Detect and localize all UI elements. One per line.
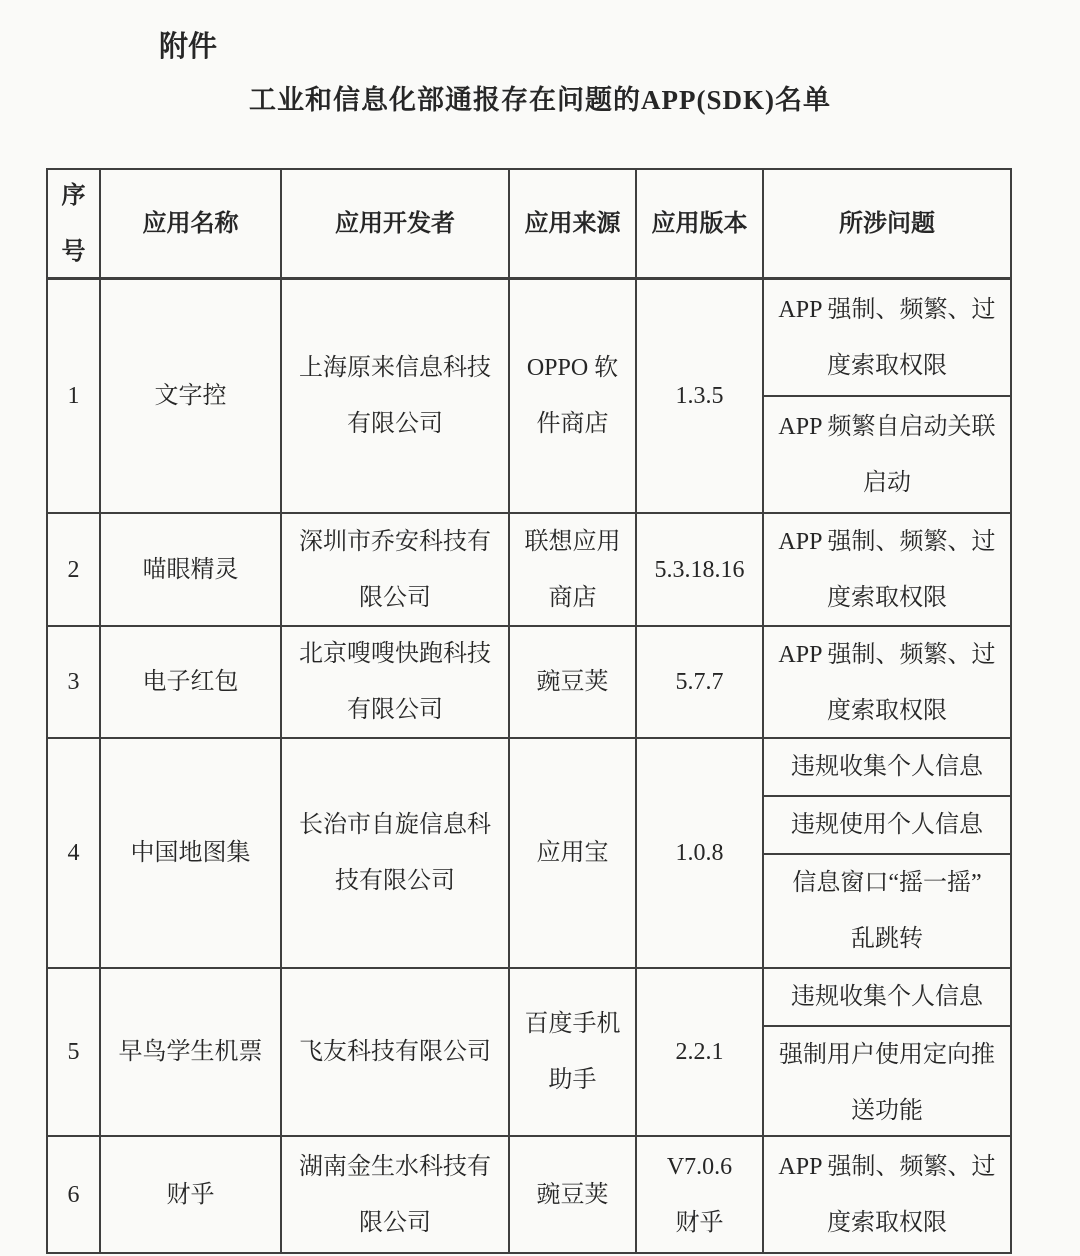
page-title: 工业和信息化部通报存在问题的APP(SDK)名单 (0, 78, 1080, 117)
issues-cell: APP 强制、频繁、过 度索取权限 (764, 1137, 1010, 1252)
version-cell: V7.0.6 财乎 (637, 1137, 764, 1252)
developer-cell: 北京嗖嗖快跑科技 有限公司 (282, 627, 510, 737)
seq-cell: 5 (48, 969, 101, 1135)
issue-item: 强制用户使用定向推 送功能 (764, 1025, 1010, 1139)
developer-cell: 上海原来信息科技 有限公司 (282, 280, 510, 512)
table-row: 6 财乎 湖南金生水科技有 限公司 豌豆荚 V7.0.6 财乎 APP 强制、频… (48, 1137, 1010, 1252)
header-cell-app-name: 应用名称 (101, 170, 282, 277)
attachment-label: 附件 (159, 24, 217, 65)
table-row: 1 文字控 上海原来信息科技 有限公司 OPPO 软 件商店 1.3.5 APP… (48, 280, 1010, 514)
app-name-cell: 电子红包 (101, 627, 282, 737)
seq-cell: 2 (48, 514, 101, 625)
source-cell: 百度手机 助手 (510, 969, 637, 1135)
issues-cell: APP 强制、频繁、过 度索取权限 (764, 514, 1010, 625)
version-cell: 5.7.7 (637, 627, 764, 737)
issues-cell: APP 强制、频繁、过 度索取权限 (764, 627, 1010, 737)
issue-item: APP 频繁自启动关联 启动 (764, 395, 1010, 512)
issue-item: 违规收集个人信息 (764, 969, 1010, 1025)
table-header-row: 序 号 应用名称 应用开发者 应用来源 应用版本 所涉问题 (48, 170, 1010, 280)
app-name-cell: 早鸟学生机票 (101, 969, 282, 1135)
apps-table: 序 号 应用名称 应用开发者 应用来源 应用版本 所涉问题 1 文字控 上海原来… (46, 168, 1012, 1254)
issue-item: 信息窗口“摇一摇” 乱跳转 (764, 853, 1010, 967)
seq-cell: 3 (48, 627, 101, 737)
version-cell: 5.3.18.16 (637, 514, 764, 625)
seq-cell: 4 (48, 739, 101, 967)
table-row: 2 喵眼精灵 深圳市乔安科技有 限公司 联想应用 商店 5.3.18.16 AP… (48, 514, 1010, 627)
header-cell-seq: 序 号 (48, 170, 101, 277)
issues-cell: APP 强制、频繁、过 度索取权限 APP 频繁自启动关联 启动 (764, 280, 1010, 512)
app-name-cell: 喵眼精灵 (101, 514, 282, 625)
table-row: 4 中国地图集 长治市自旋信息科 技有限公司 应用宝 1.0.8 违规收集个人信… (48, 739, 1010, 969)
issue-item: APP 强制、频繁、过 度索取权限 (764, 280, 1010, 395)
app-name-cell: 文字控 (101, 280, 282, 512)
issues-cell: 违规收集个人信息 强制用户使用定向推 送功能 (764, 969, 1010, 1135)
source-cell: OPPO 软 件商店 (510, 280, 637, 512)
issues-cell: 违规收集个人信息 违规使用个人信息 信息窗口“摇一摇” 乱跳转 (764, 739, 1010, 967)
app-name-cell: 财乎 (101, 1137, 282, 1252)
seq-cell: 1 (48, 280, 101, 512)
app-name-cell: 中国地图集 (101, 739, 282, 967)
version-cell: 1.0.8 (637, 739, 764, 967)
developer-cell: 深圳市乔安科技有 限公司 (282, 514, 510, 625)
header-cell-developer: 应用开发者 (282, 170, 510, 277)
developer-cell: 飞友科技有限公司 (282, 969, 510, 1135)
developer-cell: 湖南金生水科技有 限公司 (282, 1137, 510, 1252)
header-cell-issues: 所涉问题 (764, 170, 1010, 277)
issue-item: 违规使用个人信息 (764, 795, 1010, 853)
table-row: 5 早鸟学生机票 飞友科技有限公司 百度手机 助手 2.2.1 违规收集个人信息… (48, 969, 1010, 1137)
header-cell-version: 应用版本 (637, 170, 764, 277)
source-cell: 联想应用 商店 (510, 514, 637, 625)
version-cell: 2.2.1 (637, 969, 764, 1135)
issue-item: APP 强制、频繁、过 度索取权限 (764, 627, 1010, 739)
source-cell: 应用宝 (510, 739, 637, 967)
issue-item: APP 强制、频繁、过 度索取权限 (764, 1137, 1010, 1252)
issue-item: APP 强制、频繁、过 度索取权限 (764, 514, 1010, 626)
source-cell: 豌豆荚 (510, 627, 637, 737)
table-row: 3 电子红包 北京嗖嗖快跑科技 有限公司 豌豆荚 5.7.7 APP 强制、频繁… (48, 627, 1010, 739)
header-cell-source: 应用来源 (510, 170, 637, 277)
developer-cell: 长治市自旋信息科 技有限公司 (282, 739, 510, 967)
version-cell: 1.3.5 (637, 280, 764, 512)
source-cell: 豌豆荚 (510, 1137, 637, 1252)
seq-cell: 6 (48, 1137, 101, 1252)
issue-item: 违规收集个人信息 (764, 739, 1010, 795)
